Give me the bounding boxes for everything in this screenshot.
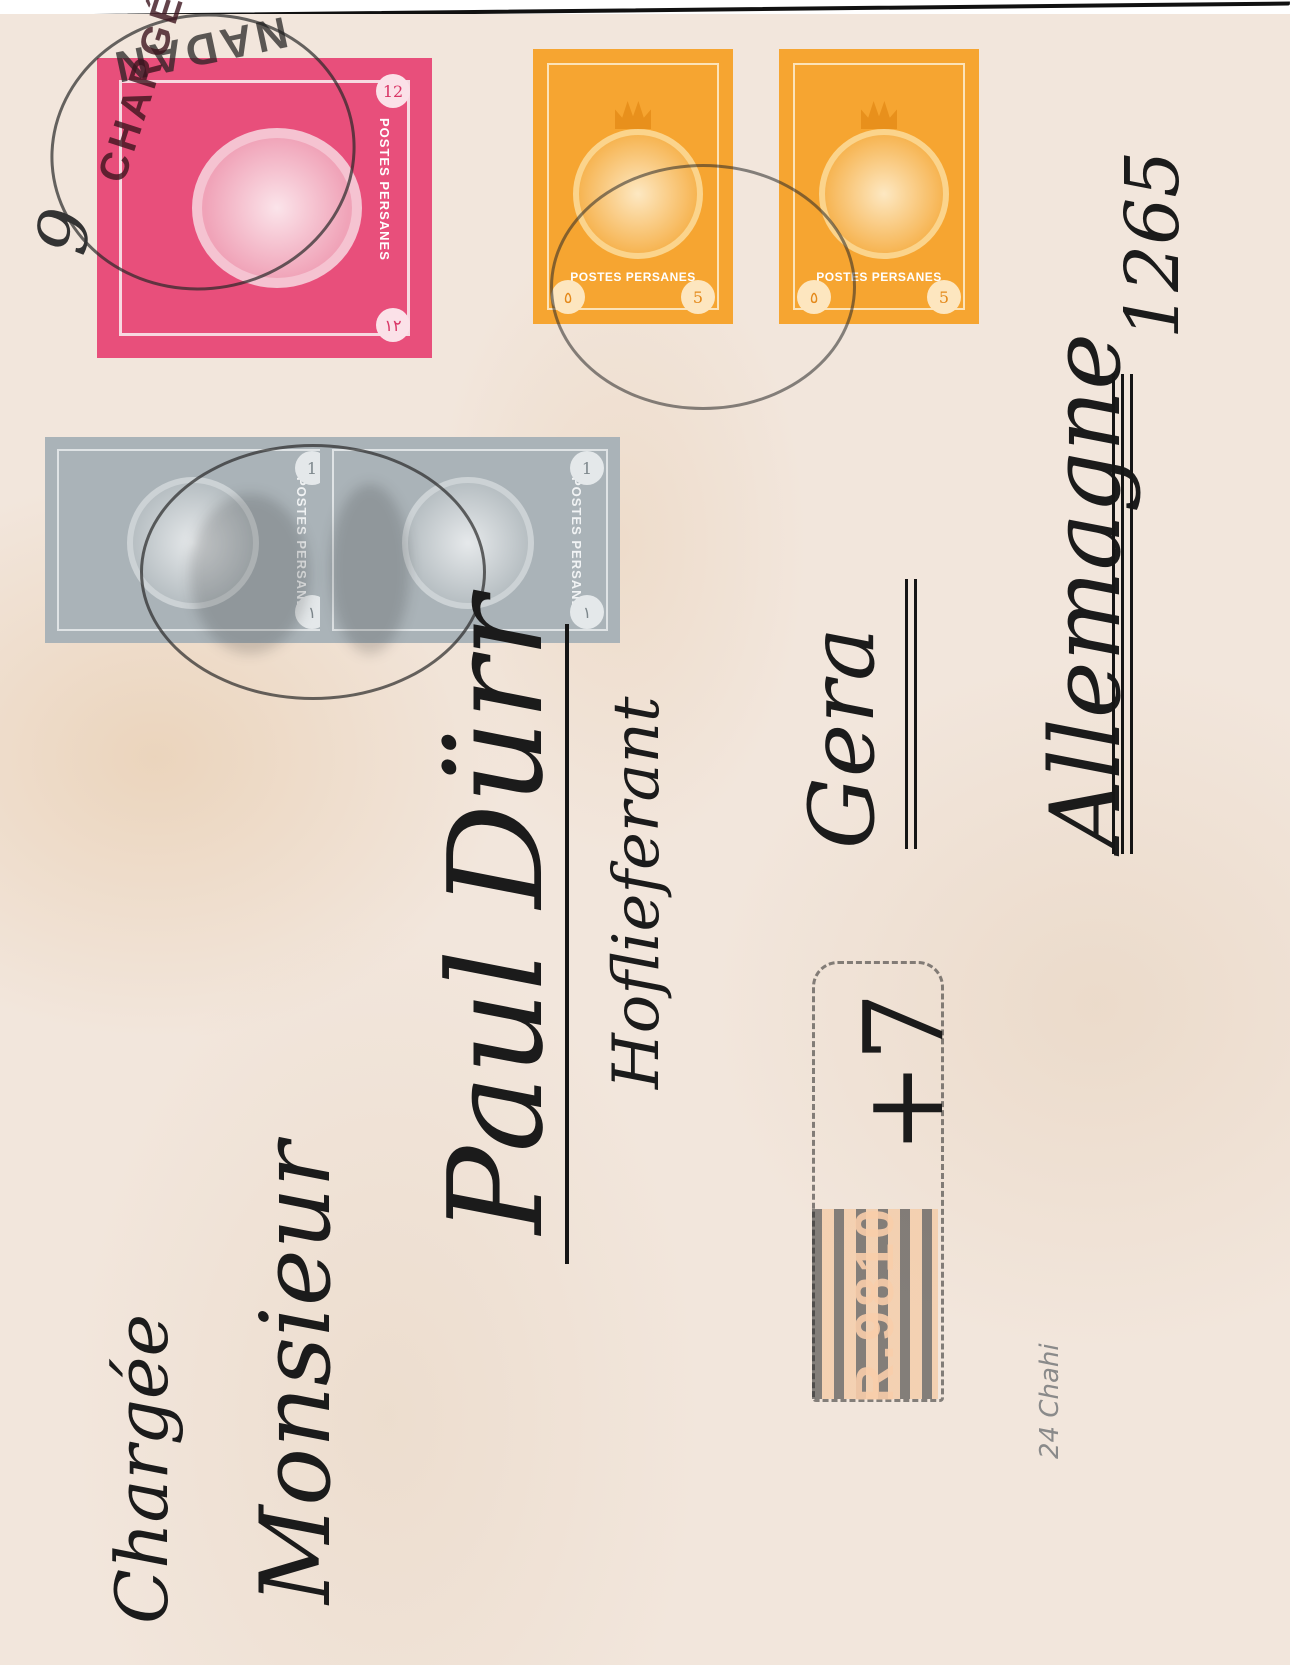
address-country: Allemagne: [1030, 333, 1142, 849]
stamp-value-persian: ١٢: [376, 308, 410, 342]
name-underline: [565, 624, 569, 1264]
stamp-value-persian: ١: [570, 595, 604, 629]
country-underline: [1130, 374, 1133, 854]
city-underline: [905, 579, 908, 849]
postmark-smudge: [330, 484, 410, 654]
registration-label: R.9810: [812, 1209, 938, 1399]
stamp-value: 12: [376, 74, 410, 108]
annotation-chargee: Chargée: [100, 1314, 184, 1624]
address-name: Paul Dürr: [420, 596, 572, 1234]
country-underline: [1112, 374, 1115, 854]
postmark-smudge: [190, 494, 310, 654]
registration-label-text: R.9810: [844, 1205, 906, 1403]
corner-number: 1265: [1110, 151, 1196, 339]
country-underline: [1121, 374, 1124, 854]
envelope: POSTES PERSANES 12 ١٢ POSTES PERSANES ٥ …: [0, 14, 1290, 1665]
stamp-value: 5: [927, 280, 961, 314]
postmark-circle: [550, 164, 856, 410]
city-underline: [914, 579, 917, 849]
address-city: Gera: [790, 627, 895, 849]
address-title: Hoflieferant: [600, 696, 674, 1089]
address-salutation: Monsieur: [240, 1142, 352, 1604]
stamp-country-text: POSTES PERSANES: [377, 118, 392, 261]
registration-number: +7: [840, 992, 968, 1154]
pencil-note: 24 Chahi: [1035, 1343, 1065, 1459]
stamp-value: 1: [570, 451, 604, 485]
